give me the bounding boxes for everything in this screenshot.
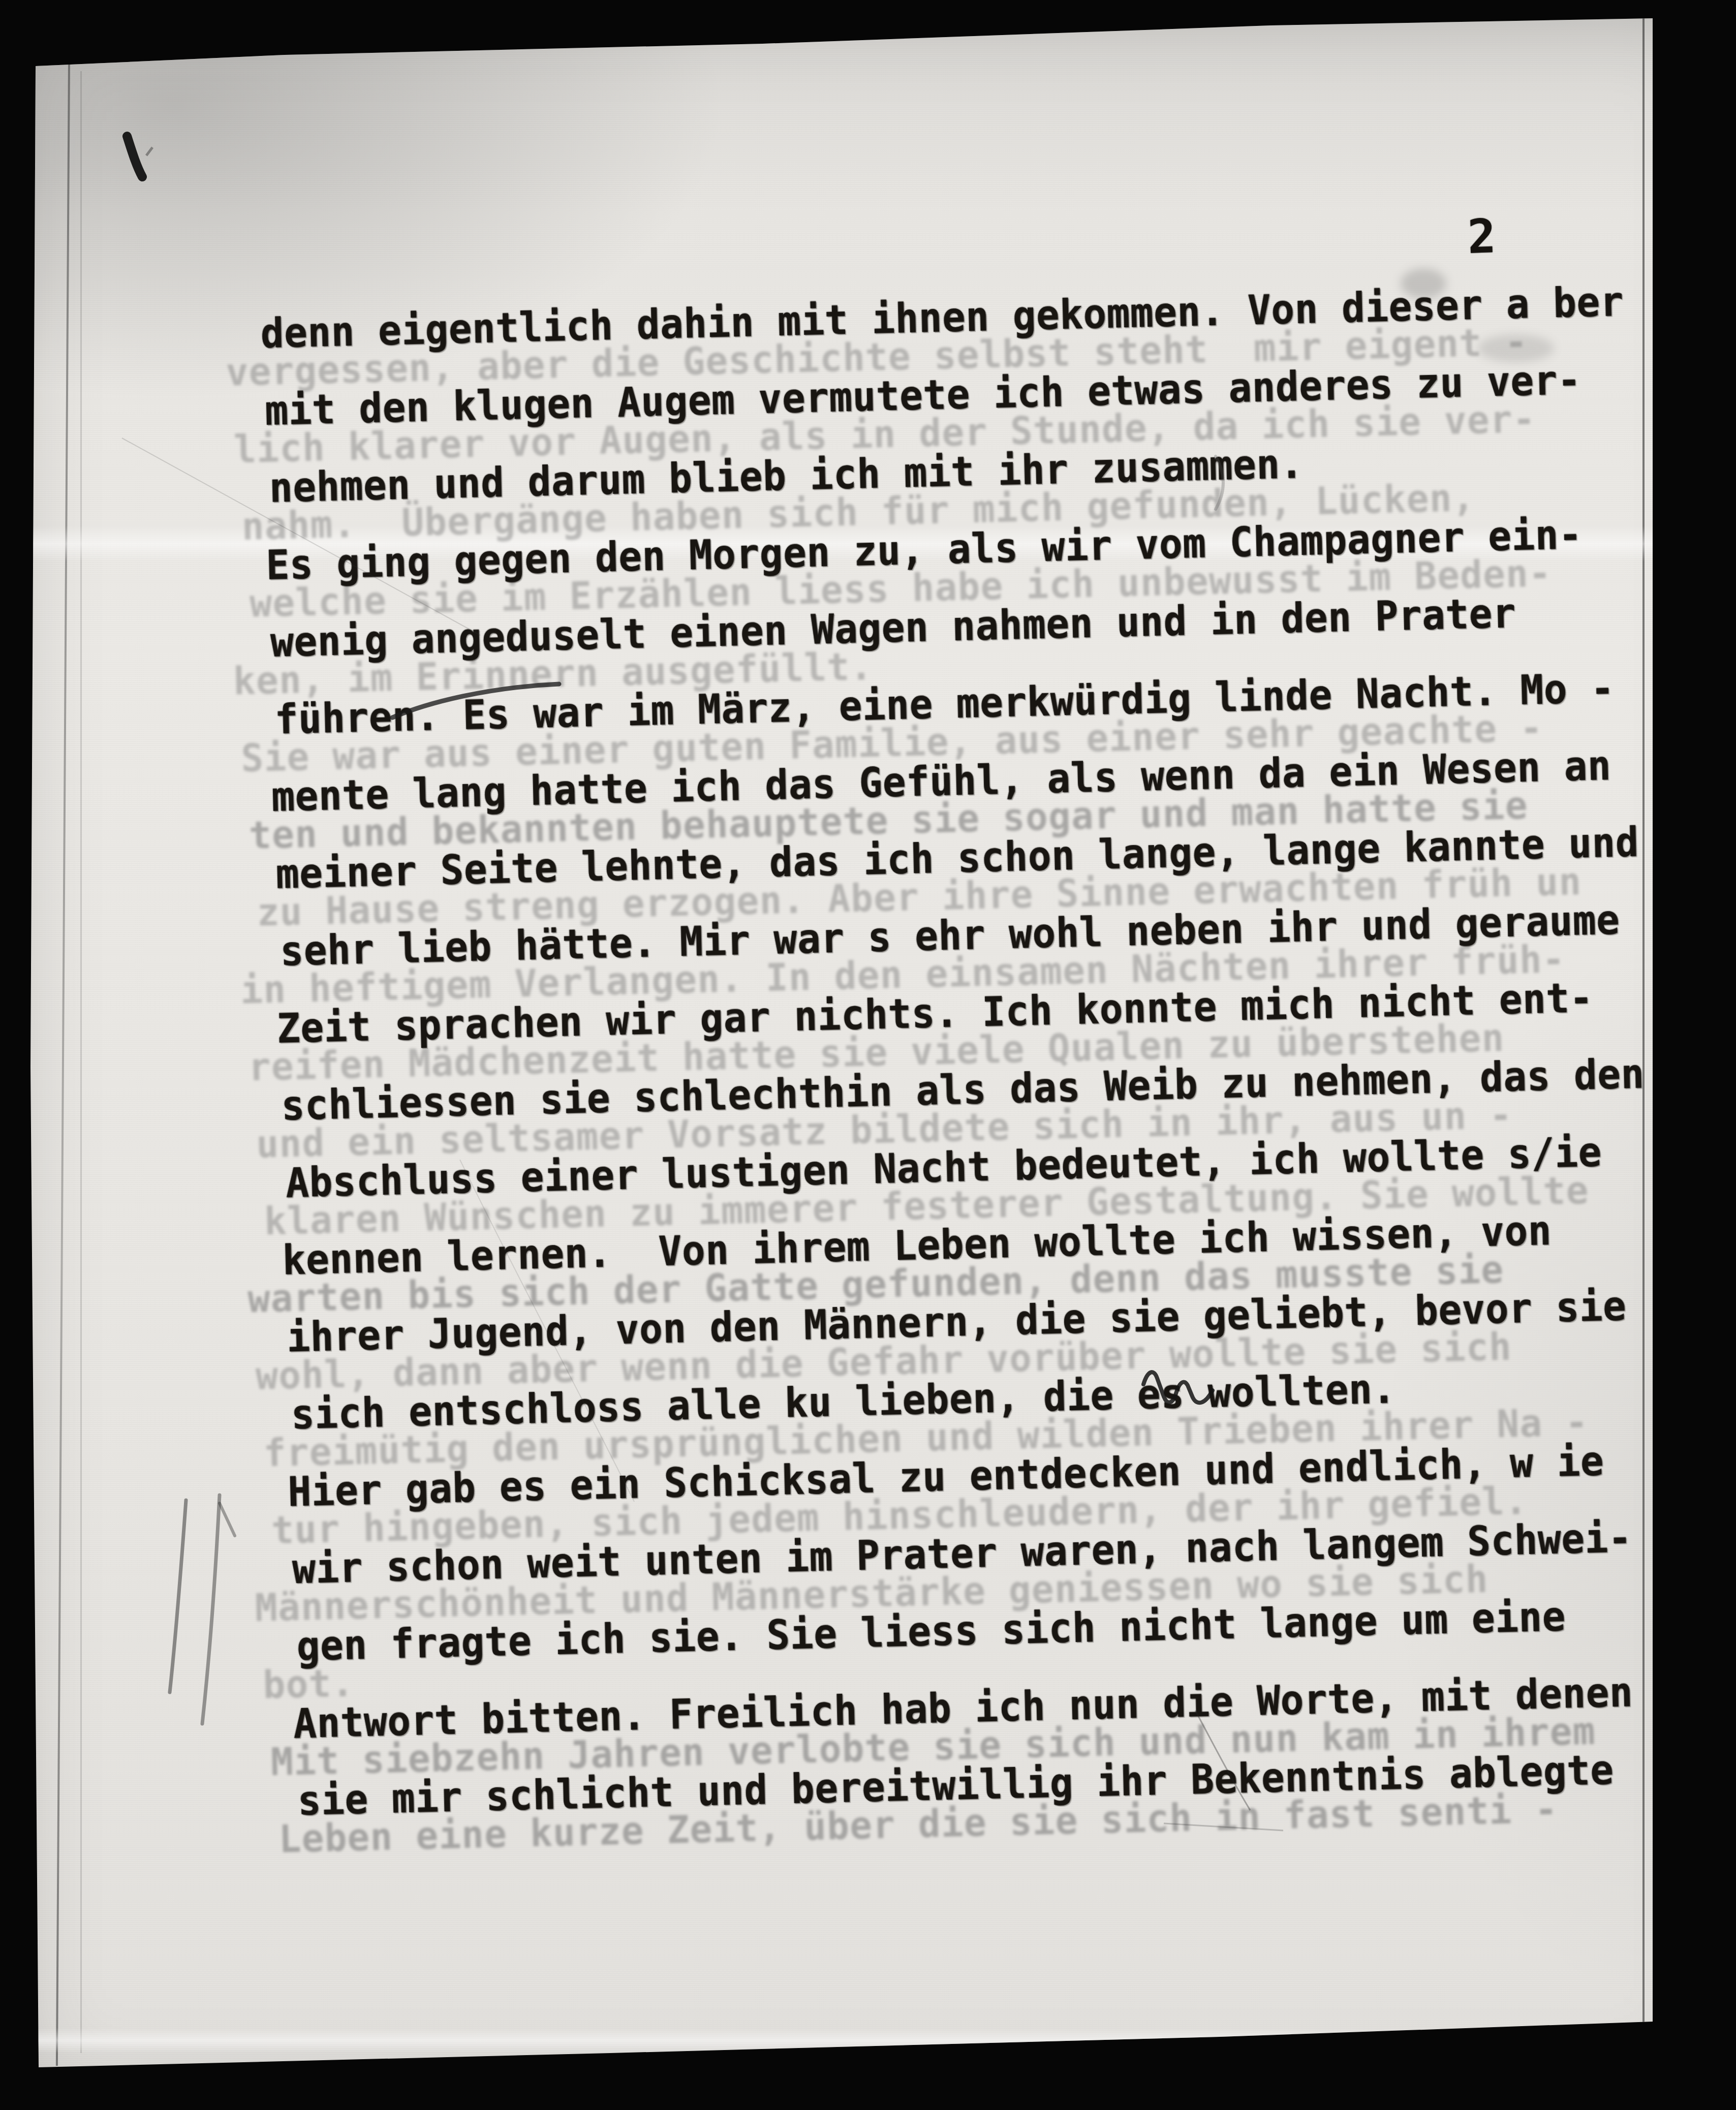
- scratch-line: [122, 438, 480, 635]
- thin-underline-mark: [1164, 1823, 1283, 1830]
- handwriting-overlay: [0, 0, 1736, 2110]
- scratch-line: [460, 1160, 634, 1502]
- pen-curve-mark: [392, 684, 559, 718]
- scanned-typescript-screenshot: { "page": { "number": "2" }, "typed_line…: [0, 0, 1736, 2110]
- film-crack: [1195, 1711, 1250, 1810]
- document-page: 2 vergessen, aber die Geschichte selbst …: [0, 0, 1736, 2110]
- margin-stroke-branch: [220, 1503, 235, 1536]
- ink-stroke-tail: [146, 147, 152, 156]
- faint-paren-mark: [1216, 456, 1223, 509]
- margin-stroke-2: [202, 1495, 220, 1724]
- margin-stroke-1: [170, 1500, 186, 1692]
- handwritten-w-mark: [1143, 1372, 1213, 1403]
- ink-stroke-mark: [127, 136, 142, 177]
